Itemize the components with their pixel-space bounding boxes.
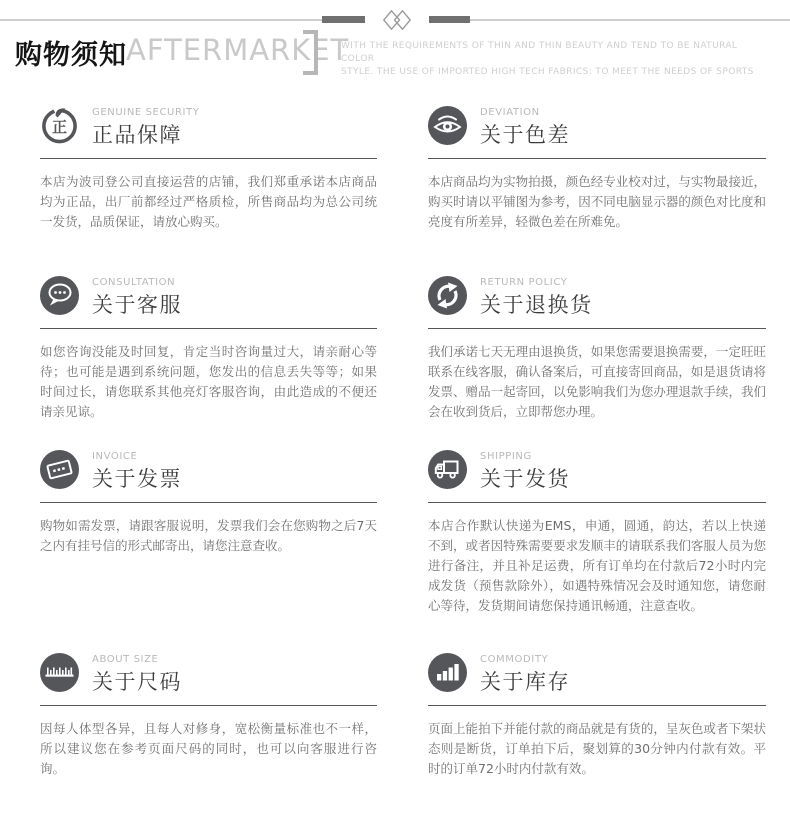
section-divider <box>40 158 377 159</box>
section-head: DEVIATION 关于色差 <box>428 106 766 150</box>
section-title: 关于库存 <box>480 666 570 696</box>
section-genuine-security: 正 GENUINE SECURITY 正品保障 本店为波司登公司直接运营的店铺，… <box>40 106 377 276</box>
section-label: DEVIATION <box>480 107 570 118</box>
section-head-text: DEVIATION 关于色差 <box>480 106 570 149</box>
section-title: 关于客服 <box>92 289 182 319</box>
section-body: 页面上能拍下并能付款的商品就是有货的，呈灰色或者下架状态则是断货，订单拍下后，聚… <box>428 719 766 779</box>
section-divider <box>428 328 766 329</box>
page-header: 购物须知 AFTERMARKET WITH THE REQUIREMENTS O… <box>0 0 790 100</box>
section-head: RETURN POLICY 关于退换货 <box>428 276 766 320</box>
section-divider <box>428 158 766 159</box>
return-arrows-icon <box>428 276 467 315</box>
section-body: 因每人体型各异，且每人对修身，宽松衡量标准也不一样，所以建议您在参考页面尺码的同… <box>40 719 377 779</box>
section-label: COMMODITY <box>480 654 570 665</box>
section-label: SHIPPING <box>480 451 570 462</box>
bracket-decor <box>303 30 318 75</box>
section-head: COMMODITY 关于库存 <box>428 653 766 697</box>
header-description-line1: WITH THE REQUIREMENTS OF THIN AND THIN B… <box>341 40 771 66</box>
page-title-cn: 购物须知 <box>15 33 127 72</box>
shopping-notice-page: 购物须知 AFTERMARKET WITH THE REQUIREMENTS O… <box>0 0 790 815</box>
section-body: 购物如需发票，请跟客服说明，发票我们会在您购物之后7天之内有挂号信的形式邮寄出，… <box>40 516 377 556</box>
bar-chart-icon <box>428 653 467 692</box>
section-body: 本店为波司登公司直接运营的店铺，我们郑重承诺本店商品均为正品，出厂前都经过严格质… <box>40 172 377 232</box>
section-title: 关于尺码 <box>92 666 182 696</box>
section-head: SHIPPING 关于发货 <box>428 450 766 494</box>
section-divider <box>428 705 766 706</box>
section-divider <box>40 502 377 503</box>
section-head-text: ABOUT SIZE 关于尺码 <box>92 653 182 696</box>
section-divider <box>40 705 377 706</box>
section-body: 本店商品均为实物拍摄，颜色经专业校对过，与实物最接近，购买时请以平铺图为参考，因… <box>428 172 766 232</box>
section-invoice: INVOICE 关于发票 购物如需发票，请跟客服说明，发票我们会在您购物之后7天… <box>40 450 377 653</box>
section-head-text: RETURN POLICY 关于退换货 <box>480 276 593 319</box>
chat-bubble-icon <box>40 276 79 315</box>
section-return-policy: RETURN POLICY 关于退换货 我们承诺七天无理由退换货，如果您需要退换… <box>428 276 766 450</box>
header-description-line2: STYLE. THE USE OF IMPORTED HIGH TECH FAB… <box>341 66 771 79</box>
section-head-text: INVOICE 关于发票 <box>92 450 182 493</box>
section-label: CONSULTATION <box>92 277 182 288</box>
notice-sections-grid: 正 GENUINE SECURITY 正品保障 本店为波司登公司直接运营的店铺，… <box>40 106 766 779</box>
zheng-character: 正 <box>52 118 67 136</box>
section-label: GENUINE SECURITY <box>92 107 199 118</box>
section-about-size: ABOUT SIZE 关于尺码 因每人体型各异，且每人对修身，宽松衡量标准也不一… <box>40 653 377 779</box>
section-head: ABOUT SIZE 关于尺码 <box>40 653 377 697</box>
section-color-deviation: DEVIATION 关于色差 本店商品均为实物拍摄，颜色经专业校对过，与实物最接… <box>428 106 766 276</box>
truck-icon <box>428 450 467 489</box>
section-customer-service: CONSULTATION 关于客服 如您咨询没能及时回复，肯定当时咨询量过大，请… <box>40 276 377 450</box>
section-head-text: SHIPPING 关于发货 <box>480 450 570 493</box>
section-shipping: SHIPPING 关于发货 本店合作默认快递为EMS，申通，圆通，韵达，若以上快… <box>428 450 766 653</box>
section-divider <box>40 328 377 329</box>
section-head-text: CONSULTATION 关于客服 <box>92 276 182 319</box>
section-title: 关于发货 <box>480 463 570 493</box>
section-label: INVOICE <box>92 451 182 462</box>
invoice-icon <box>40 450 79 489</box>
section-title: 关于色差 <box>480 119 570 149</box>
section-head: 正 GENUINE SECURITY 正品保障 <box>40 106 377 150</box>
section-title: 关于退换货 <box>480 289 593 319</box>
section-head-text: COMMODITY 关于库存 <box>480 653 570 696</box>
section-stock: COMMODITY 关于库存 页面上能拍下并能付款的商品就是有货的，呈灰色或者下… <box>428 653 766 779</box>
section-label: RETURN POLICY <box>480 277 593 288</box>
section-divider <box>428 502 766 503</box>
section-head: CONSULTATION 关于客服 <box>40 276 377 320</box>
ruler-icon <box>40 653 79 692</box>
section-title: 关于发票 <box>92 463 182 493</box>
stamp-zheng-icon: 正 <box>40 106 79 145</box>
header-description: WITH THE REQUIREMENTS OF THIN AND THIN B… <box>341 40 771 79</box>
section-body: 我们承诺七天无理由退换货，如果您需要退换需要，一定旺旺联系在线客服，确认备案后，… <box>428 342 766 422</box>
section-head: INVOICE 关于发票 <box>40 450 377 494</box>
section-title: 正品保障 <box>92 119 199 149</box>
section-label: ABOUT SIZE <box>92 654 182 665</box>
section-body: 本店合作默认快递为EMS，申通，圆通，韵达，若以上快递不到，或者因特殊需要要求发… <box>428 516 766 616</box>
eye-icon <box>428 106 467 145</box>
section-head-text: GENUINE SECURITY 正品保障 <box>92 106 199 149</box>
section-body: 如您咨询没能及时回复，肯定当时咨询量过大，请亲耐心等待；也可能是遇到系统问题，您… <box>40 342 377 422</box>
